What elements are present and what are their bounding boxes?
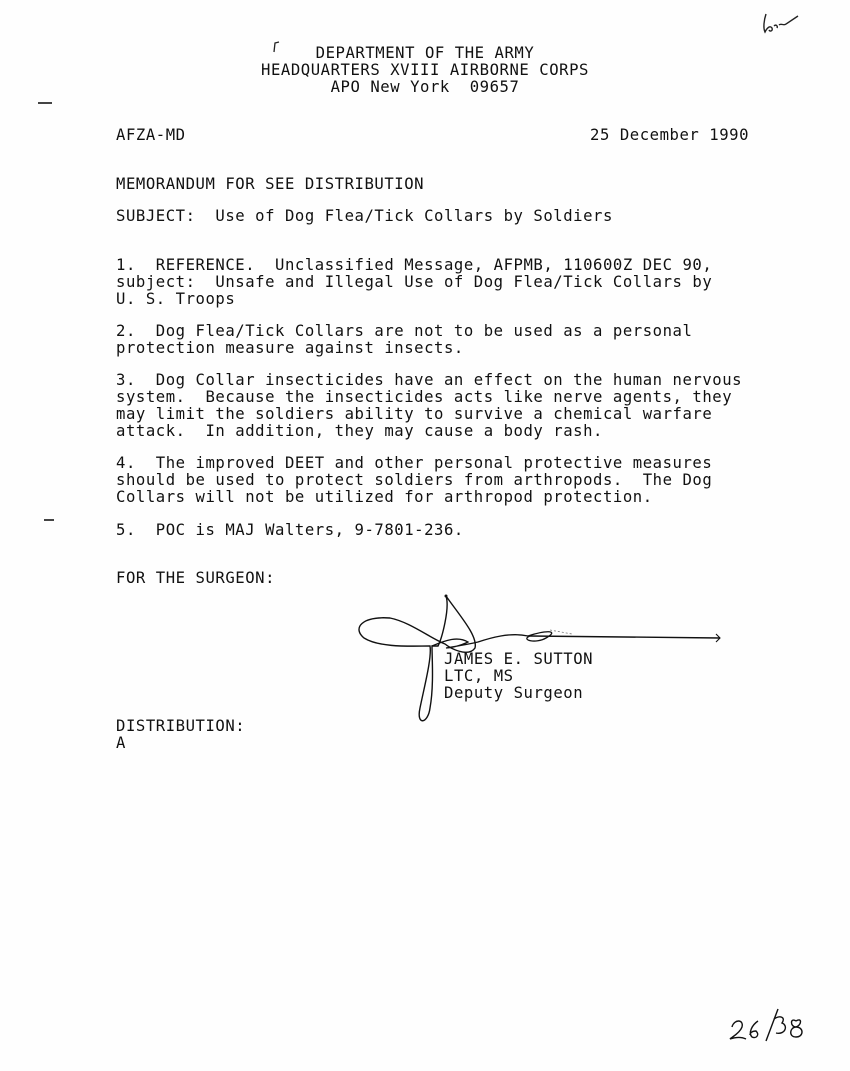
closing-line: FOR THE SURGEON: — [116, 570, 275, 587]
header-line-2: HEADQUARTERS XVIII AIRBORNE CORPS — [0, 62, 850, 79]
handwritten-initials — [760, 8, 810, 38]
distribution-label: DISTRIBUTION: — [116, 718, 245, 735]
paragraph-3-line-3: may limit the soldiers ability to surviv… — [116, 406, 712, 423]
paragraph-4-line-3: Collars will not be utilized for arthrop… — [116, 489, 653, 506]
header-line-3: APO New York 09657 — [0, 79, 850, 96]
office-symbol: AFZA-MD — [116, 127, 186, 144]
paragraph-1-line-1: 1. REFERENCE. Unclassified Message, AFPM… — [116, 257, 712, 274]
signer-name: JAMES E. SUTTON — [444, 651, 593, 668]
paragraph-1-line-3: U. S. Troops — [116, 291, 235, 308]
punch-mark-top — [38, 102, 52, 104]
memo-date: 25 December 1990 — [590, 127, 749, 144]
subject-line: SUBJECT: Use of Dog Flea/Tick Collars by… — [116, 208, 613, 225]
paragraph-4-line-2: should be used to protect soldiers from … — [116, 472, 712, 489]
paragraph-1-line-2: subject: Unsafe and Illegal Use of Dog F… — [116, 274, 712, 291]
header-line-1: DEPARTMENT OF THE ARMY — [0, 45, 850, 62]
signer-rank: LTC, MS — [444, 668, 514, 685]
paragraph-3-line-4: attack. In addition, they may cause a bo… — [116, 423, 603, 440]
signer-title: Deputy Surgeon — [444, 685, 583, 702]
distribution-value: A — [116, 735, 126, 752]
paragraph-3-line-2: system. Because the insecticides acts li… — [116, 389, 732, 406]
handwritten-page-number — [728, 1005, 808, 1045]
punch-mark-bottom — [44, 519, 54, 521]
paragraph-2-line-2: protection measure against insects. — [116, 340, 464, 357]
paragraph-5-line-1: 5. POC is MAJ Walters, 9-7801-236. — [116, 522, 464, 539]
paragraph-3-line-1: 3. Dog Collar insecticides have an effec… — [116, 372, 742, 389]
memorandum-page: DEPARTMENT OF THE ARMY HEADQUARTERS XVII… — [0, 0, 850, 1071]
memo-for-line: MEMORANDUM FOR SEE DISTRIBUTION — [116, 176, 424, 193]
paragraph-2-line-1: 2. Dog Flea/Tick Collars are not to be u… — [116, 323, 692, 340]
paragraph-4-line-1: 4. The improved DEET and other personal … — [116, 455, 712, 472]
